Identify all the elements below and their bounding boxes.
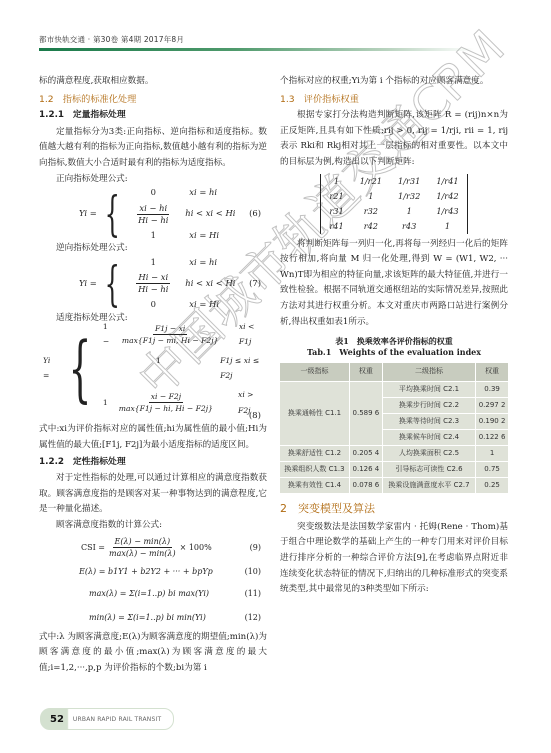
paragraph: 个指标对应的权重;Yi为第 i 个指标的对应顾客满意度。 — [280, 74, 508, 90]
equation-12: min(λ) = Σ(i=1..p) bi min(Yi) (12) — [39, 606, 267, 630]
journal-running-header: 都市快轨交通 · 第30卷 第4期 2017年8月 — [39, 34, 184, 45]
paragraph: 式中:xi为评价指标对应的属性值;hi为属性值的最小值;Hi为属性值的最大值;[… — [39, 422, 267, 453]
right-column: 个指标对应的权重;Yi为第 i 个指标的对应顾客满意度。 1.3 评价指标权重 … — [280, 74, 508, 598]
paragraph: 定量指标分为3类:正向指标、逆向指标和适度指标。数值越大越有利的指标为正向指标,… — [39, 125, 267, 172]
section-heading-1-3: 1.3 评价指标权重 — [280, 92, 508, 108]
table-row: 换乘有效性 C1.4 0.078 6 换乘设施满意度水平 C2.7 0.25 — [280, 478, 508, 494]
paragraph: 突变级数法是法国数学家雷内 · 托姆(Rene · Thom)基于组合中理论数学… — [280, 520, 508, 598]
paragraph: 对于定性指标的处理,可以通过计算相应的满意度指数获取。顾客满意度指的是顾客对某一… — [39, 471, 267, 518]
weights-table: 一级指标 权重 二级指标 权重 换乘通畅性 C1.1 0.589 6 平均换乘时… — [280, 363, 508, 493]
section-heading-1-2-1: 1.2.1 定量指标处理 — [39, 108, 267, 124]
footer-journal-name: URBAN RAPID RAIL TRANSIT — [73, 716, 161, 723]
equation-10: E(λ) = b1Y1 + b2Y2 + ··· + bpYp (10) — [39, 562, 267, 582]
table-row: 换乘通畅性 C1.1 0.589 6 平均换乘时间 C2.1 0.39 — [280, 382, 508, 398]
section-heading-1-2: 1.2 指标的标准化处理 — [39, 92, 267, 108]
brace: { — [104, 194, 119, 234]
header-rule — [39, 48, 474, 51]
paragraph: 顾客满意度指数的计算公式: — [39, 518, 267, 534]
judgment-matrix: 11/r211/r311/r41 r2111/r321/r42 r31r3211… — [280, 174, 508, 234]
equation-7: Yi = { 1xi = hi Hi − xiHi − hihi < xi < … — [39, 257, 267, 311]
paragraph: 标的满意程度,获取相应数据。 — [39, 74, 267, 90]
table-caption-cn: 表1 换乘效率各评价指标的权重 — [280, 336, 508, 347]
table-caption: 表1 换乘效率各评价指标的权重 Tab.1 Weights of the eva… — [280, 336, 508, 358]
table-caption-en: Tab.1 Weights of the evaluation index — [280, 347, 508, 358]
page-number: 52 — [50, 714, 64, 725]
section-heading-1-2-2: 1.2.2 定性指标处理 — [39, 455, 267, 471]
table-header-row: 一级指标 权重 二级指标 权重 — [280, 363, 508, 382]
equation-11: max(λ) = Σ(i=1..p) bi max(Yi) (11) — [39, 582, 267, 606]
table-row: 换乘组织人数 C1.3 0.126 4 引导标志可读性 C2.6 0.75 — [280, 462, 508, 478]
equation-9: CSI = E(λ) − min(λ)max(λ) − min(λ) × 100… — [39, 534, 267, 562]
paragraph: 根据专家打分法构造判断矩阵,该矩阵 R = (rij)n×n为正反矩阵,且具有如… — [280, 108, 508, 170]
brace: { — [104, 264, 119, 304]
page-footer: 52 URBAN RAPID RAIL TRANSIT — [40, 708, 174, 730]
equation-number: (7) — [249, 276, 261, 292]
paragraph: 式中:λ 为顾客满意度;E(λ)为顾客满意度的期望值;min(λ)为顾客满意度的… — [39, 630, 267, 677]
left-column: 标的满意程度,获取相应数据。 1.2 指标的标准化处理 1.2.1 定量指标处理… — [39, 74, 267, 676]
equation-8: Yi = { 1 −F1j − ximax{F1j − mi, Hi − F2j… — [39, 326, 267, 410]
section-heading-2: 2 突变模型及算法 — [280, 501, 508, 517]
equation-number: (6) — [249, 206, 261, 222]
brace: { — [69, 338, 92, 398]
paragraph: 将判断矩阵每一列归一化,再将每一列经归一化后的矩阵按行相加,将向量 M 归一化处… — [280, 237, 508, 331]
equation-6: Yi = { 0xi = hi xi − hiHi − hihi < xi < … — [39, 187, 267, 241]
equation-lhs: Yi = — [79, 206, 97, 222]
table-row: 换乘舒适性 C1.2 0.205 4 人均换乘面积 C2.5 1 — [280, 446, 508, 462]
